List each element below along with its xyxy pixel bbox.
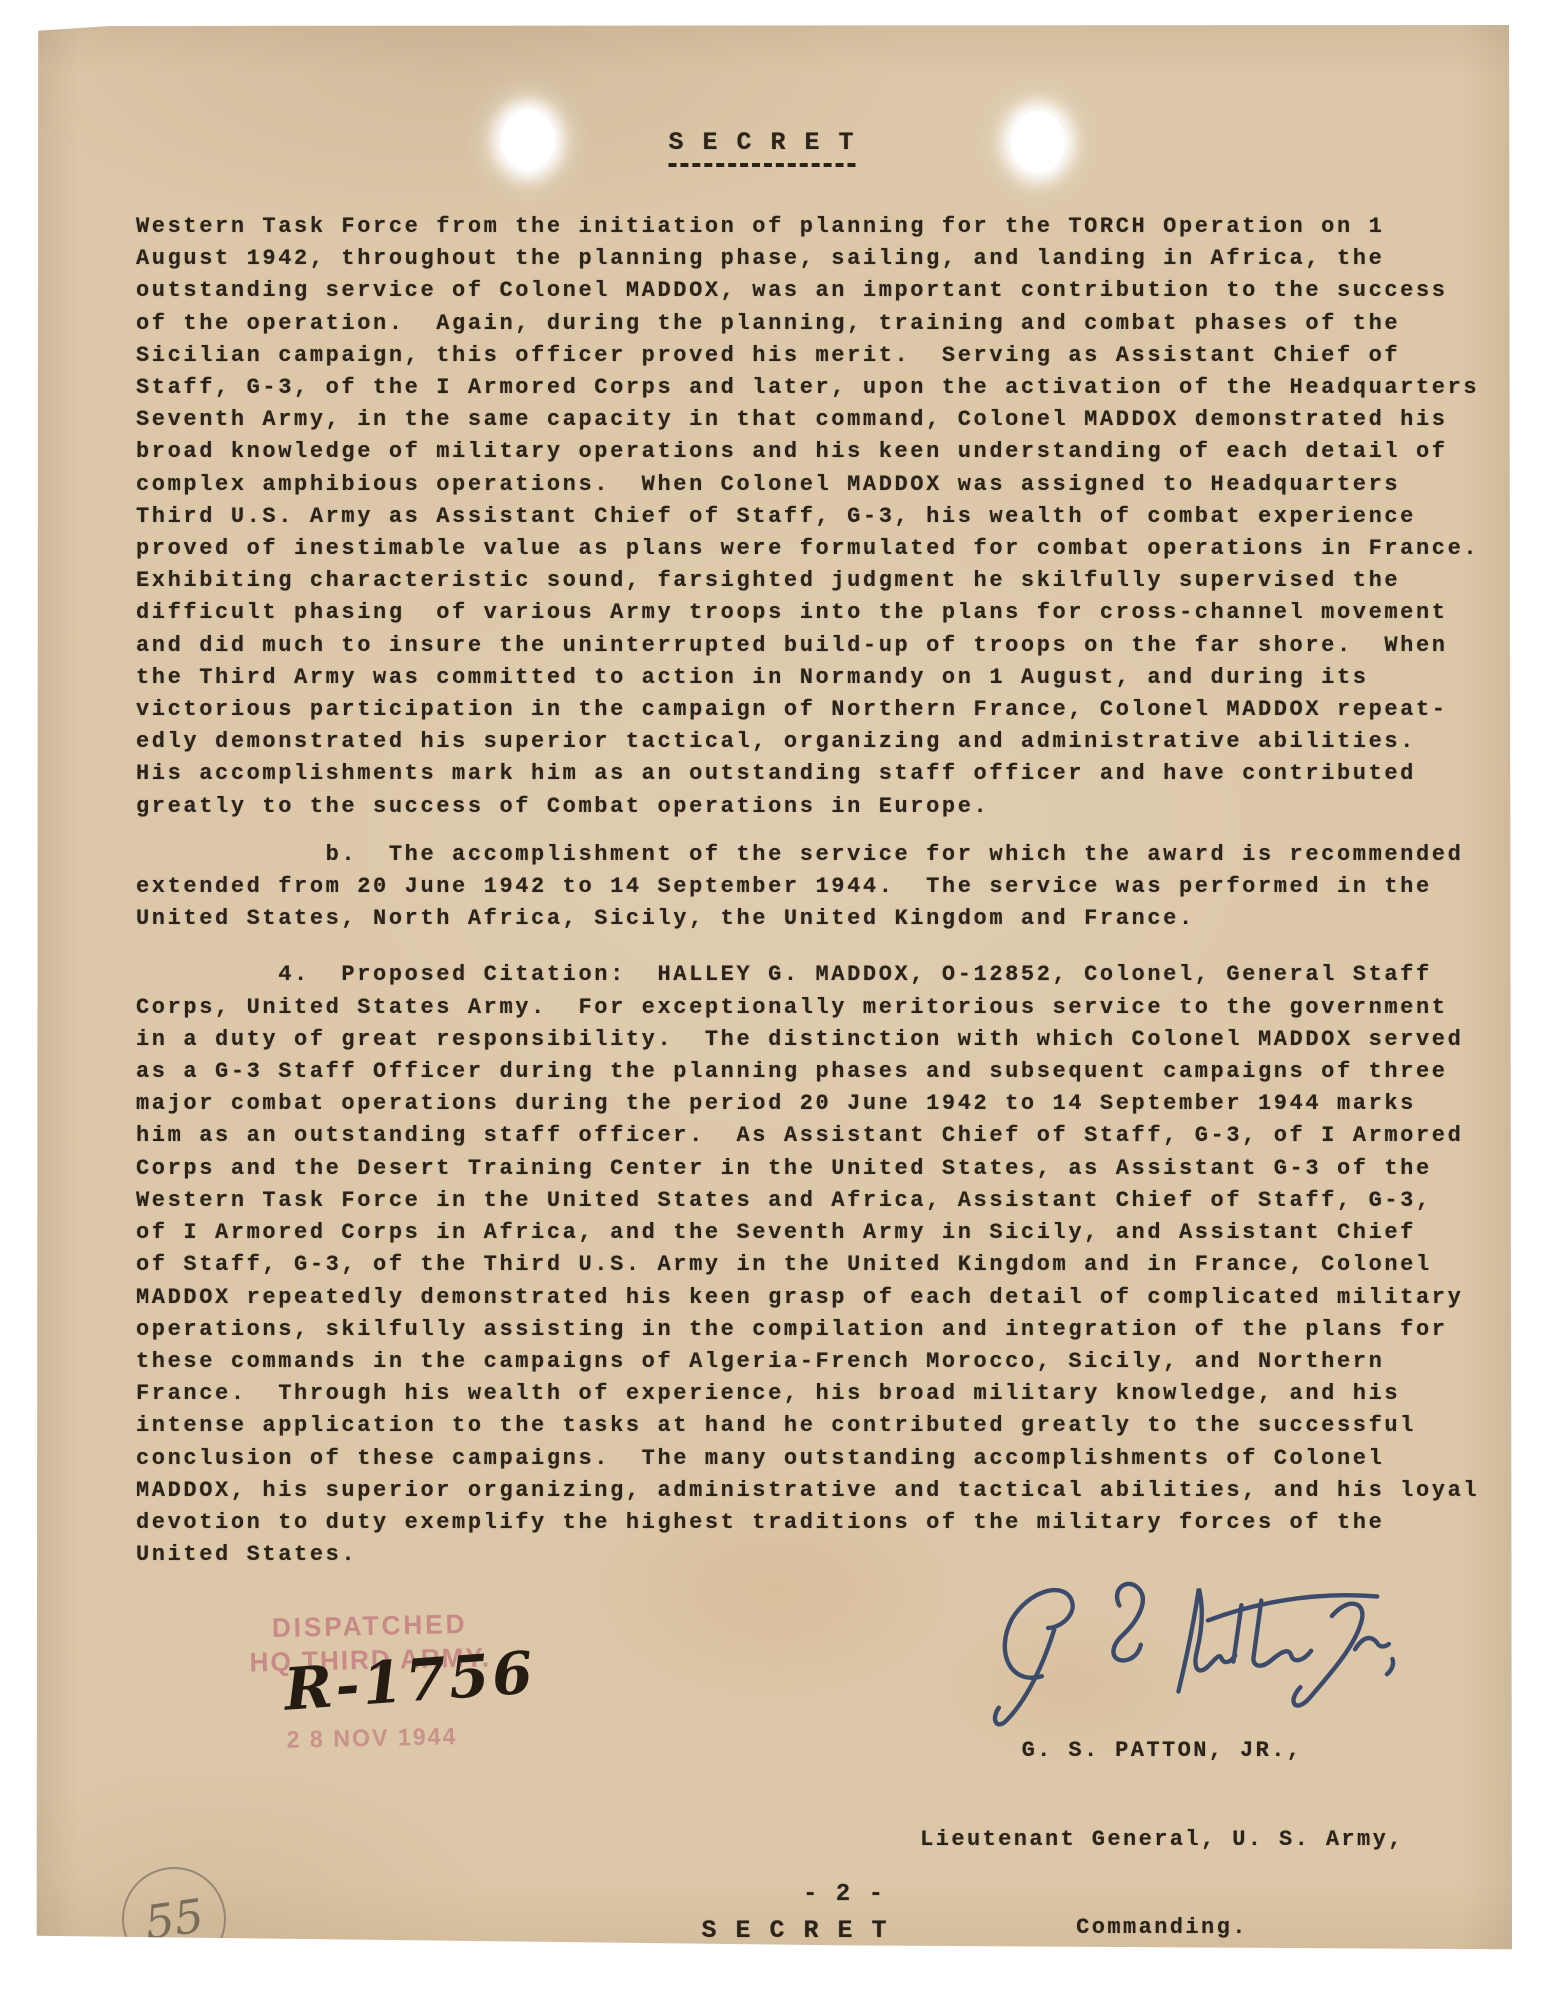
text-line: August 1942, throughout the planning pha… (136, 243, 1516, 275)
paragraph-4-proposed-citation: 4. Proposed Citation: HALLEY G. MADDOX, … (136, 959, 1516, 1571)
text-line: MADDOX, his superior organizing, adminis… (136, 1475, 1516, 1507)
text-line: him as an outstanding staff officer. As … (136, 1120, 1516, 1152)
text-line: b. The accomplishment of the service for… (136, 839, 1516, 871)
document-body: Western Task Force from the initiation o… (136, 211, 1516, 1571)
typed-signature-block: G. S. PATTON, JR., Lieutenant General, U… (920, 1677, 1404, 2000)
text-line: intense application to the tasks at hand… (136, 1410, 1516, 1442)
text-line: edly demonstrated his superior tactical,… (136, 726, 1516, 758)
classification-header: S E C R E T (668, 128, 855, 167)
text-line: Western Task Force in the United States … (136, 1185, 1516, 1217)
punch-hole-right (1011, 111, 1065, 173)
text-line: and did much to insure the uninterrupted… (136, 630, 1516, 662)
pencil-circle-annotation: 55 (111, 1856, 237, 1982)
classification-footer: S E C R E T (701, 1916, 888, 1955)
pencil-page-count: 55 (141, 1888, 206, 1950)
text-line: devotion to duty exemplify the highest t… (136, 1507, 1516, 1539)
text-line: United States, North Africa, Sicily, the… (136, 903, 1516, 935)
stamp-line-dispatched: DISPATCHED (234, 1608, 506, 1645)
text-line: complex amphibious operations. When Colo… (136, 469, 1516, 501)
text-line: difficult phasing of various Army troops… (136, 597, 1516, 629)
text-line: Corps and the Desert Training Center in … (136, 1153, 1516, 1185)
text-line: greatly to the success of Combat operati… (136, 791, 1516, 823)
signatory-role: Commanding. (920, 1913, 1404, 1943)
text-line: the Third Army was committed to action i… (136, 662, 1516, 694)
text-line: extended from 20 June 1942 to 14 Septemb… (136, 871, 1516, 903)
text-line: outstanding service of Colonel MADDOX, w… (136, 275, 1516, 307)
text-line: Staff, G-3, of the I Armored Corps and l… (136, 372, 1516, 404)
punch-hole-left (501, 109, 555, 171)
text-line: these commands in the campaigns of Alger… (136, 1346, 1516, 1378)
text-line: Seventh Army, in the same capacity in th… (136, 404, 1516, 436)
text-line: France. Through his wealth of experience… (136, 1378, 1516, 1410)
text-line: major combat operations during the perio… (136, 1088, 1516, 1120)
text-line: victorious participation in the campaign… (136, 694, 1516, 726)
text-line: Corps, United States Army. For exception… (136, 992, 1516, 1024)
text-line: of Staff, G-3, of the Third U.S. Army in… (136, 1249, 1516, 1281)
text-line: 4. Proposed Citation: HALLEY G. MADDOX, … (136, 959, 1516, 991)
page-number: - 2 - (803, 1881, 885, 1908)
text-line: operations, skilfully assisting in the c… (136, 1314, 1516, 1346)
text-line: Third U.S. Army as Assistant Chief of St… (136, 501, 1516, 533)
text-line: of the operation. Again, during the plan… (136, 308, 1516, 340)
paragraph-continuation: Western Task Force from the initiation o… (136, 211, 1516, 823)
text-line: in a duty of great responsibility. The d… (136, 1024, 1516, 1056)
text-line: His accomplishments mark him as an outst… (136, 758, 1516, 790)
text-line: conclusion of these campaigns. The many … (136, 1443, 1516, 1475)
signatory-name: G. S. PATTON, JR., (920, 1736, 1404, 1766)
text-line: Sicilian campaign, this officer proved h… (136, 340, 1516, 372)
text-line: as a G-3 Staff Officer during the planni… (136, 1056, 1516, 1088)
text-line: broad knowledge of military operations a… (136, 436, 1516, 468)
text-line: Exhibiting characteristic sound, farsigh… (136, 565, 1516, 597)
document-paper-sheet: S E C R E T Western Task Force from the … (36, 25, 1512, 1957)
paragraph-b: b. The accomplishment of the service for… (136, 839, 1516, 936)
text-line: proved of inestimable value as plans wer… (136, 533, 1516, 565)
stamp-date: 2 8 NOV 1944 (236, 1722, 508, 1756)
text-line: MADDOX repeatedly demonstrated his keen … (136, 1282, 1516, 1314)
signatory-title: Lieutenant General, U. S. Army, (920, 1825, 1404, 1855)
text-line: Western Task Force from the initiation o… (136, 211, 1516, 243)
text-line: of I Armored Corps in Africa, and the Se… (136, 1217, 1516, 1249)
